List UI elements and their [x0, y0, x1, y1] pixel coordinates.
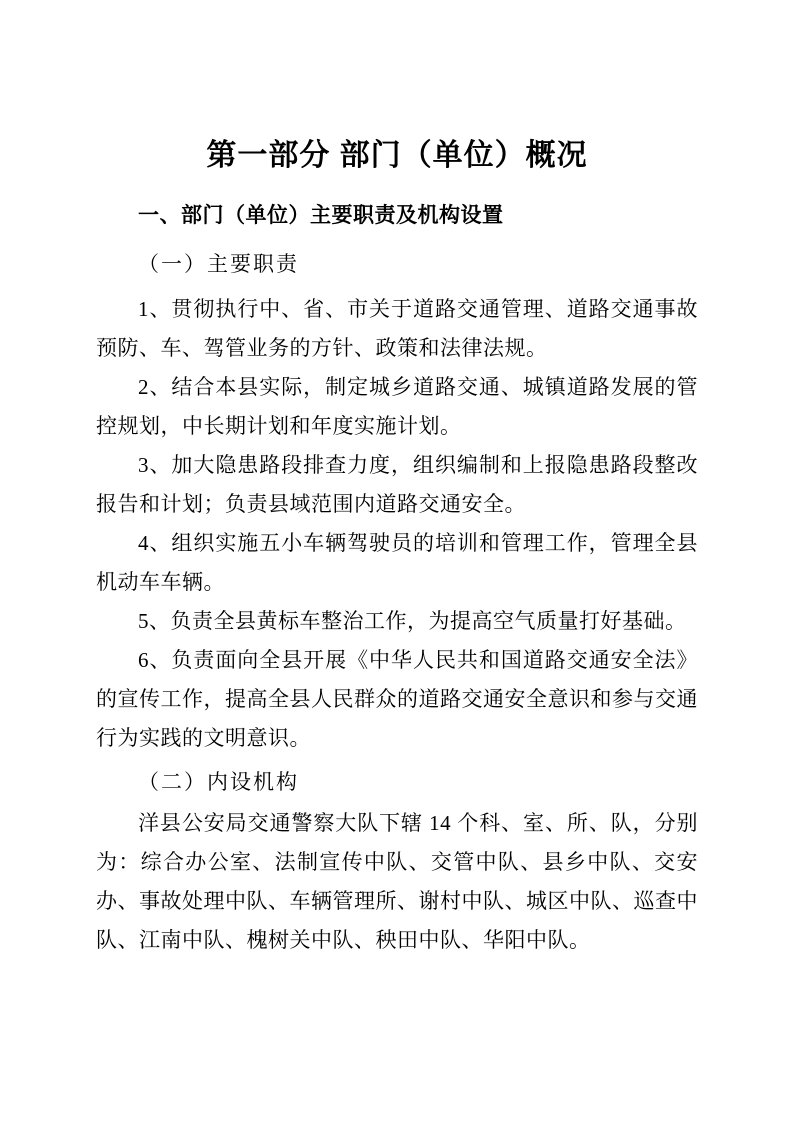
document-title: 第一部分 部门（单位）概况 — [96, 134, 698, 178]
document-page: 第一部分 部门（单位）概况 一、部门（单位）主要职责及机构设置 （一）主要职责 … — [0, 0, 793, 1122]
subsection-2-heading-internal-structure: （二）内设机构 — [96, 760, 698, 804]
duty-item-1: 1、贯彻执行中、省、市关于道路交通管理、道路交通事故预防、车、驾管业务的方针、政… — [96, 290, 698, 368]
subsection-1-heading-main-duties: （一）主要职责 — [96, 242, 698, 286]
duty-item-3: 3、加大隐患路段排查力度，组织编制和上报隐患路段整改报告和计划；负责县域范围内道… — [96, 446, 698, 524]
section-1-heading: 一、部门（单位）主要职责及机构设置 — [96, 194, 698, 238]
internal-structure-paragraph: 洋县公安局交通警察大队下辖 14 个科、室、所、队，分别为：综合办公室、法制宣传… — [96, 804, 698, 960]
duty-item-4: 4、组织实施五小车辆驾驶员的培训和管理工作，管理全县机动车车辆。 — [96, 524, 698, 602]
duty-item-5: 5、负责全县黄标车整治工作，为提高空气质量打好基础。 — [96, 602, 698, 641]
duty-item-2: 2、结合本县实际，制定城乡道路交通、城镇道路发展的管控规划，中长期计划和年度实施… — [96, 368, 698, 446]
duty-item-6: 6、负责面向全县开展《中华人民共和国道路交通安全法》的宣传工作，提高全县人民群众… — [96, 641, 698, 758]
main-duties-list: 1、贯彻执行中、省、市关于道路交通管理、道路交通事故预防、车、驾管业务的方针、政… — [96, 290, 698, 758]
